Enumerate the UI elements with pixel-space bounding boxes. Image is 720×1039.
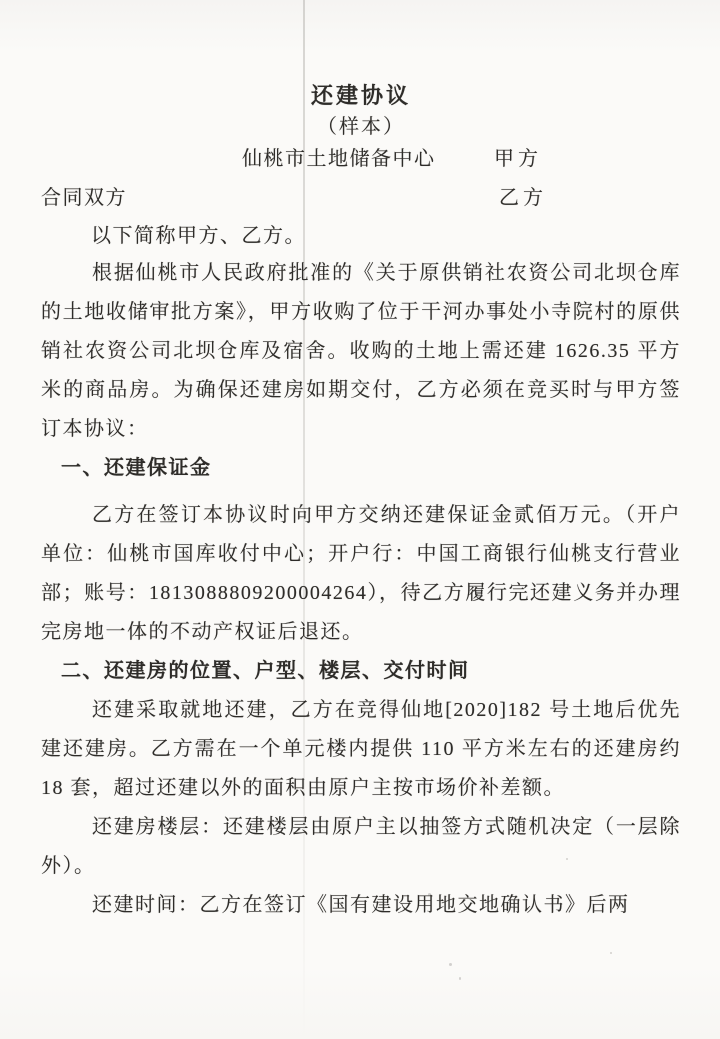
section-2-paragraph-location: 还建采取就地还建，乙方在竞得仙地[2020]182 号土地后优先建还建房。乙方需… xyxy=(41,691,681,808)
scanned-contract-page: 还建协议 （样本） 仙桃市土地储备中心 甲方 合同双方 乙方 以下简称甲方、乙方… xyxy=(0,0,720,1039)
section-2-paragraph-time: 还建时间：乙方在签订《国有建设用地交地确认书》后两 xyxy=(41,886,681,925)
party-a-row: 仙桃市土地储备中心 甲方 xyxy=(41,145,681,173)
scan-speck xyxy=(459,977,461,980)
party-a-name: 仙桃市土地储备中心 xyxy=(242,148,436,170)
section-1-heading: 一、还建保证金 xyxy=(41,449,681,488)
party-b-row: 合同双方 乙方 xyxy=(41,184,681,212)
section-2-heading: 二、还建房的位置、户型、楼层、交付时间 xyxy=(41,652,681,691)
document-subtitle: （样本） xyxy=(41,113,681,141)
section-1-paragraph: 乙方在签订本协议时向甲方交纳还建保证金贰佰万元。（开户单位：仙桃市国库收付中心；… xyxy=(41,496,681,652)
abbreviation-line: 以下简称甲方、乙方。 xyxy=(41,222,681,250)
section-2-paragraph-floor: 还建房楼层：还建楼层由原户主以抽签方式随机决定（一层除外）。 xyxy=(41,808,681,886)
contract-parties-label: 合同双方 xyxy=(41,184,127,212)
scan-speck xyxy=(610,952,612,954)
scan-speck xyxy=(449,963,452,966)
document-body: 还建协议 （样本） 仙桃市土地储备中心 甲方 合同双方 乙方 以下简称甲方、乙方… xyxy=(41,0,681,925)
intro-paragraph: 根据仙桃市人民政府批准的《关于原供销社农资公司北坝仓库的土地收储审批方案》，甲方… xyxy=(41,254,681,449)
party-a-label: 甲方 xyxy=(494,148,542,170)
party-b-label: 乙方 xyxy=(499,184,547,212)
document-title: 还建协议 xyxy=(41,82,681,110)
